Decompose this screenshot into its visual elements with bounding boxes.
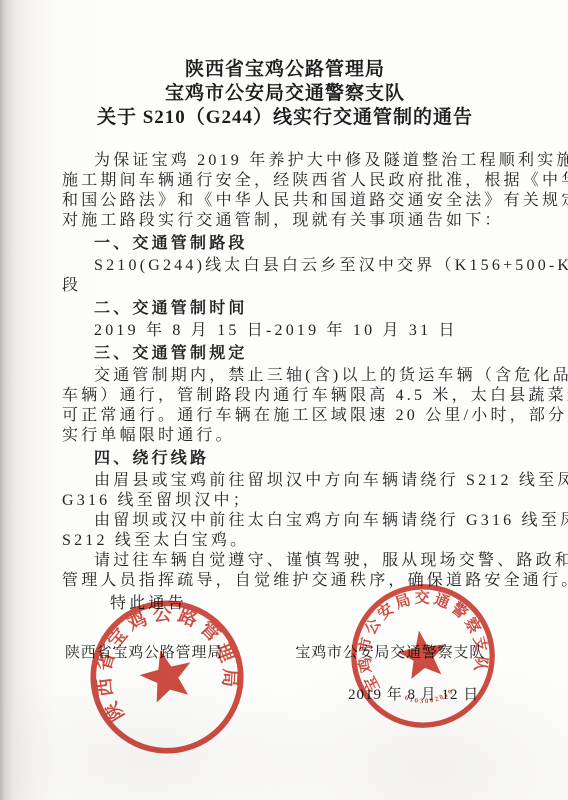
body-line: 管理人员指挥疏导，自觉维护交通秩序，确保道路安全通行。 (62, 571, 508, 591)
body-line: 交通管制期内，禁止三轴(含)以上的货运车辆（含危化品运输 (62, 366, 508, 386)
body-line: 和国公路法》和《中华人民共和国道路交通安全法》有关规定，决定 (62, 191, 508, 211)
body-line: 请过往车辆自觉遵守、谨慎驾驶，服从现场交警、路政和交通 (62, 551, 508, 571)
body-line: S212 线至太白宝鸡。 (62, 531, 508, 551)
section-heading: 一、交通管制路段 (62, 234, 508, 254)
section-heading: 四、绕行线路 (62, 449, 508, 469)
section-heading: 三、交通管制规定 (62, 344, 508, 364)
body-line: 由眉县或宝鸡前往留坝汉中方向车辆请绕行 S212 线至凤县，经 (62, 471, 508, 491)
issuer-left-signature: 陕西省宝鸡公路管理局 (65, 641, 223, 662)
body-line: 为保证宝鸡 2019 年养护大中修及隧道整治工程顺利实施，确保 (62, 151, 508, 171)
body-line: G316 线至留坝汉中； (62, 491, 508, 511)
title-line-3: 关于 S210（G244）线实行交通管制的通告 (62, 106, 508, 130)
title-line-1: 陕西省宝鸡公路管理局 (62, 58, 508, 82)
title-line-2: 宝鸡市公安局交通警察支队 (62, 82, 508, 106)
scanned-notice-page: 陕西省宝鸡公路管理局 宝鸡市公安局交通警察支队 关于 S210（G244）线实行… (0, 0, 568, 800)
issue-date: 2019 年 8 月 12 日 (348, 683, 479, 704)
notice-document: 陕西省宝鸡公路管理局 宝鸡市公安局交通警察支队 关于 S210（G244）线实行… (62, 58, 508, 614)
notice-body: 为保证宝鸡 2019 年养护大中修及隧道整治工程顺利实施，确保 施工期间车辆通行… (62, 151, 508, 614)
body-line: 可正常通行。通行车辆在施工区域限速 20 公里/小时，部分施工路段 (62, 406, 508, 426)
body-line: 车辆）通行，管制路段内通行车辆限高 4.5 米，太白县蔬菜运输车辆 (62, 386, 508, 406)
body-line: 对施工路段实行交通管制，现就有关事项通告如下： (62, 211, 508, 231)
closing-line: 特此通告 (62, 594, 508, 614)
signature-row: 陕西省宝鸡公路管理局 宝鸡市公安局交通警察支队 (65, 641, 485, 662)
issuer-right-signature: 宝鸡市公安局交通警察支队 (295, 641, 485, 662)
seal-border (78, 588, 257, 767)
section-heading: 二、交通管制时间 (62, 299, 508, 319)
body-line: 2019 年 8 月 15 日-2019 年 10 月 31 日 (62, 321, 508, 341)
body-line: 由留坝或汉中前往太白宝鸡方向车辆请绕行 G316 线至凤县，经 (62, 511, 508, 531)
body-line: 段 (62, 276, 508, 296)
body-line: 实行单幅限时通行。 (62, 426, 508, 446)
body-line: 施工期间车辆通行安全，经陕西省人民政府批准，根据《中华人民共 (62, 171, 508, 191)
body-line: S210(G244)线太白县白云乡至汉中交界（K156+500-K189+351… (62, 256, 508, 276)
